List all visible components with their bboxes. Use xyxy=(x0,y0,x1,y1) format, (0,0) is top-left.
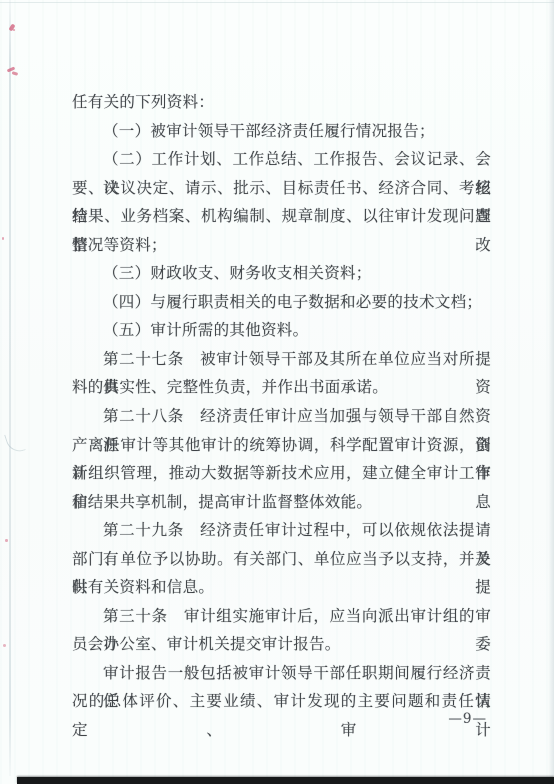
scan-edge-right-shade xyxy=(548,0,554,777)
text-line: （五）审计所需的其他资料。 xyxy=(72,316,491,345)
red-ink-speck-artifact xyxy=(2,237,4,240)
text-line: 部门、单位予以协助。有关部门、单位应当予以支持，并及时提 xyxy=(72,545,491,574)
page-number: —9— xyxy=(448,711,487,727)
text-line: 计组织管理，推动大数据等新技术应用，建立健全审计工作信息 xyxy=(72,459,491,488)
scan-edge-top-line xyxy=(0,2,554,3)
scan-edge-bottom-bar xyxy=(17,777,554,784)
text-line: （一）被审计领导干部经济责任履行情况报告； xyxy=(72,117,491,146)
text-line: 第二十八条 经济责任审计应当加强与领导干部自然资源资 xyxy=(72,402,491,431)
red-ink-speck-artifact xyxy=(3,644,6,647)
text-line: 第三十条 审计组实施审计后，应当向派出审计组的审计委 xyxy=(72,602,491,631)
document-text-block: 任有关的下列资料： （一）被审计领导干部经济责任履行情况报告； （二）工作计划、… xyxy=(72,88,491,716)
text-line: 审计报告一般包括被审计领导干部任职期间履行经济责任情 xyxy=(72,659,491,688)
text-line: 第二十七条 被审计领导干部及其所在单位应当对所提供资 xyxy=(72,345,491,374)
red-ink-speck-artifact xyxy=(12,71,18,75)
text-line: 结果、业务档案、机构编制、规章制度、以往审计发现问题整改 xyxy=(72,202,491,231)
text-line: （三）财政收支、财务收支相关资料； xyxy=(72,259,491,288)
text-line: （四）与履行职责相关的电子数据和必要的技术文档； xyxy=(72,288,491,317)
page-fold-line xyxy=(9,0,11,776)
red-ink-speck-artifact xyxy=(13,29,15,31)
text-line: （二）工作计划、工作总结、工作报告、会议记录、会议纪 xyxy=(72,145,491,174)
scanned-document-page: 任有关的下列资料： （一）被审计领导干部经济责任履行情况报告； （二）工作计划、… xyxy=(0,0,554,784)
text-line: 要、决议决定、请示、批示、目标责任书、经济合同、考核检查 xyxy=(72,174,491,203)
red-ink-speck-artifact xyxy=(5,539,8,542)
pencil-mark-artifact xyxy=(4,430,26,455)
text-line: 第二十九条 经济责任审计过程中，可以依规依法提请有关 xyxy=(72,516,491,545)
text-line: 况的总体评价、主要业绩、审计发现的主要问题和责任认定、审计 xyxy=(72,687,491,716)
text-line: 产离任审计等其他审计的统筹协调，科学配置审计资源，创新审 xyxy=(72,431,491,460)
text-line: 任有关的下列资料： xyxy=(72,88,491,117)
